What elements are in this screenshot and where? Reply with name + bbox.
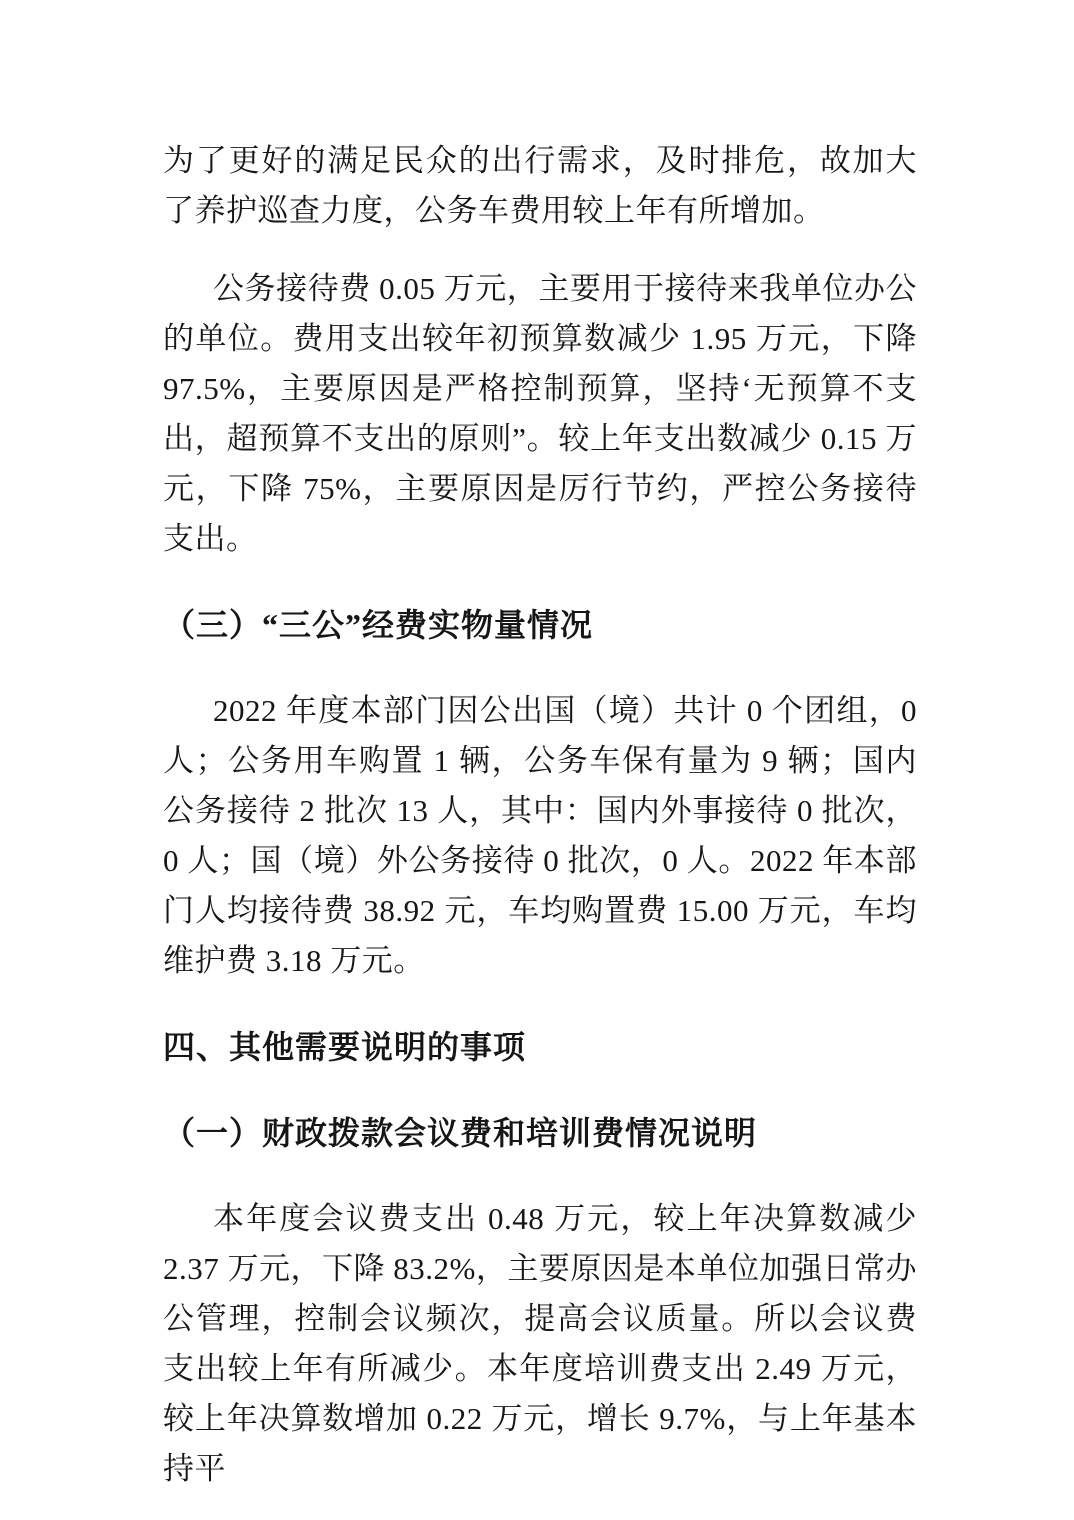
paragraph-official-reception-fee: 公务接待费 0.05 万元，主要用于接待来我单位办公的单位。费用支出较年初预算数… — [163, 264, 917, 564]
paragraph-meeting-training-fees-detail: 本年度会议费支出 0.48 万元，较上年决算数减少 2.37 万元，下降 83.… — [163, 1194, 917, 1494]
paragraph-expense-quantities-detail: 2022 年度本部门因公出国（境）共计 0 个团组，0 人；公务用车购置 1 辆… — [163, 686, 917, 986]
paragraph-vehicle-cost-carryover: 为了更好的满足民众的出行需求，及时排危，故加大了养护巡查力度，公务车费用较上年有… — [163, 136, 917, 236]
document-page: 为了更好的满足民众的出行需求，及时排危，故加大了养护巡查力度，公务车费用较上年有… — [0, 0, 1074, 1520]
chapter-heading-other-matters: 四、其他需要说明的事项 — [163, 1022, 917, 1072]
section-heading-three-public-expenses-quantities: （三）“三公”经费实物量情况 — [163, 600, 917, 650]
section-heading-meeting-training-fees: （一）财政拨款会议费和培训费情况说明 — [163, 1108, 917, 1158]
